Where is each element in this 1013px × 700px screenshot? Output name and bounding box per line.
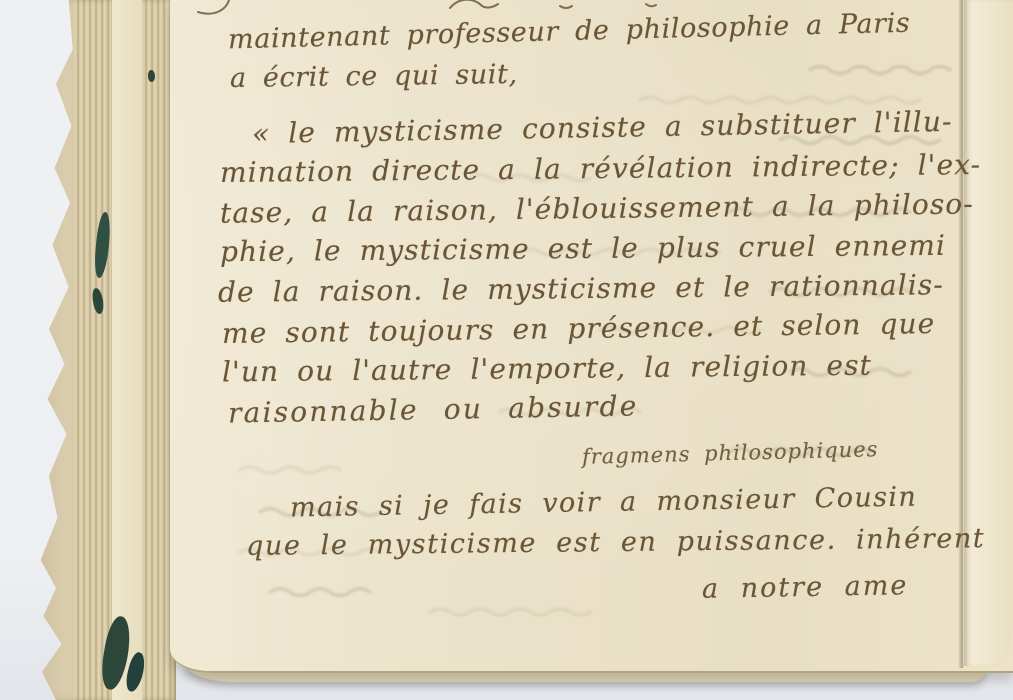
next-page-edge (964, 0, 1013, 666)
photograph-of-manuscript: maintenant professeur de philosophie a P… (0, 0, 1013, 700)
handwriting-line-quote: phie, le mysticisme est le plus cruel en… (220, 229, 946, 268)
book-page-edge-band (112, 0, 146, 700)
handwriting-line: a écrit ce qui suit, (230, 59, 518, 94)
handwriting-line-quote: l'un ou l'autre l'emporte, la religion e… (222, 349, 872, 389)
handwriting-line: a notre ame (702, 570, 909, 605)
cover-remnant-spot (148, 70, 155, 82)
book-page-edges (74, 0, 116, 700)
